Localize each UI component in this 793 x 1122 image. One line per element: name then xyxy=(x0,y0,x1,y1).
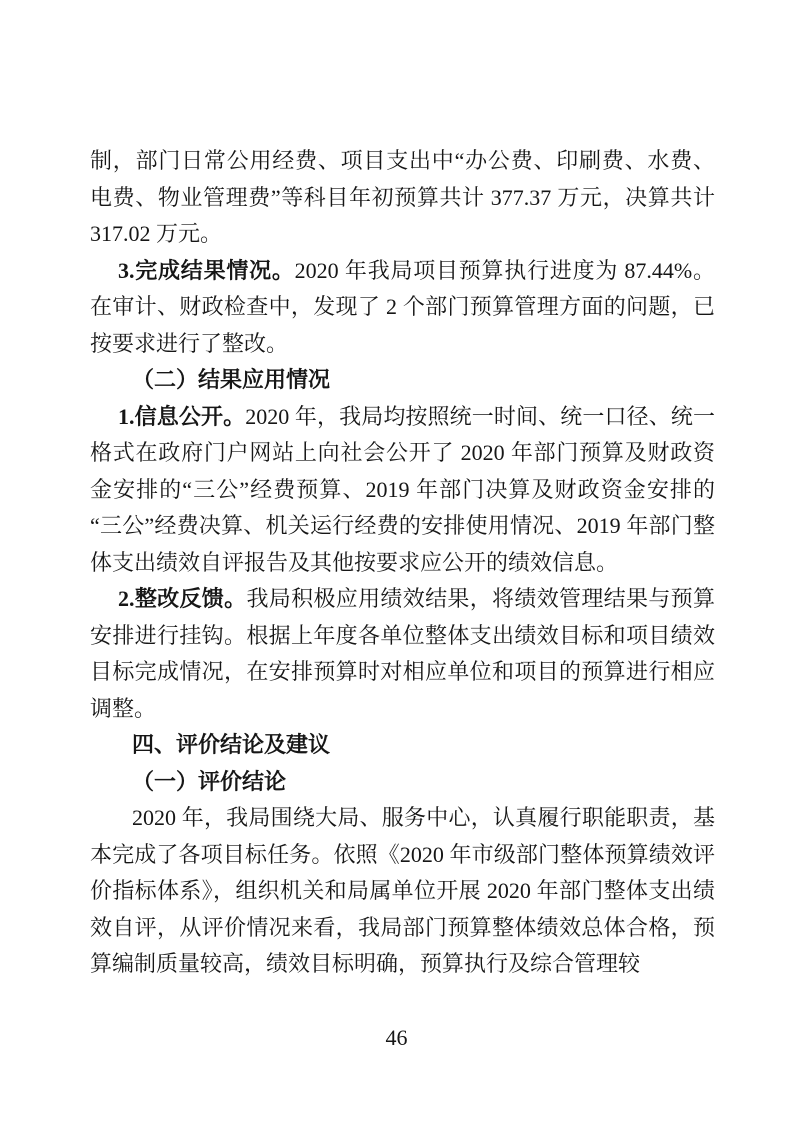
bold-text-run: 3.完成结果情况。 xyxy=(118,258,295,283)
bold-text-run: （一）评价结论 xyxy=(132,769,286,794)
bold-text-run: 2.整改反馈。 xyxy=(118,586,246,611)
text-run: 2020 年，我局均按照统一时间、统一口径、统一格式在政府门户网站上向社会公开了… xyxy=(90,404,715,575)
document-page: 制，部门日常公用经费、项目支出中“办公费、印刷费、水费、电费、物业管理费”等科目… xyxy=(0,0,793,1122)
heading-evaluation-conclusion: （一）评价结论 xyxy=(90,764,715,801)
paragraph-evaluation-conclusion-body: 2020 年，我局围绕大局、服务中心，认真履行职能职责，基本完成了各项目标任务。… xyxy=(90,800,715,983)
text-run: 四、评价结论及建议 xyxy=(132,732,330,757)
page-number: 46 xyxy=(386,1025,408,1050)
page-footer: 46 xyxy=(0,1024,793,1052)
text-run: 制，部门日常公用经费、项目支出中“办公费、印刷费、水费、电费、物业管理费”等科目… xyxy=(90,148,715,246)
paragraph-completion-results: 3.完成结果情况。2020 年我局项目预算执行进度为 87.44%。在审计、财政… xyxy=(90,253,715,363)
heading-result-application: （二）结果应用情况 xyxy=(90,362,715,399)
document-content: 制，部门日常公用经费、项目支出中“办公费、印刷费、水费、电费、物业管理费”等科目… xyxy=(90,143,715,983)
text-run: 2020 年，我局围绕大局、服务中心，认真履行职能职责，基本完成了各项目标任务。… xyxy=(90,805,715,976)
heading-conclusions-and-recommendations: 四、评价结论及建议 xyxy=(90,727,715,764)
paragraph-rectification-feedback: 2.整改反馈。我局积极应用绩效结果，将绩效管理结果与预算安排进行挂钩。根据上年度… xyxy=(90,581,715,727)
paragraph-budget-expenses-continued: 制，部门日常公用经费、项目支出中“办公费、印刷费、水费、电费、物业管理费”等科目… xyxy=(90,143,715,253)
paragraph-information-disclosure: 1.信息公开。2020 年，我局均按照统一时间、统一口径、统一格式在政府门户网站… xyxy=(90,399,715,582)
bold-text-run: 1.信息公开。 xyxy=(118,404,245,429)
bold-text-run: （二）结果应用情况 xyxy=(132,367,330,392)
